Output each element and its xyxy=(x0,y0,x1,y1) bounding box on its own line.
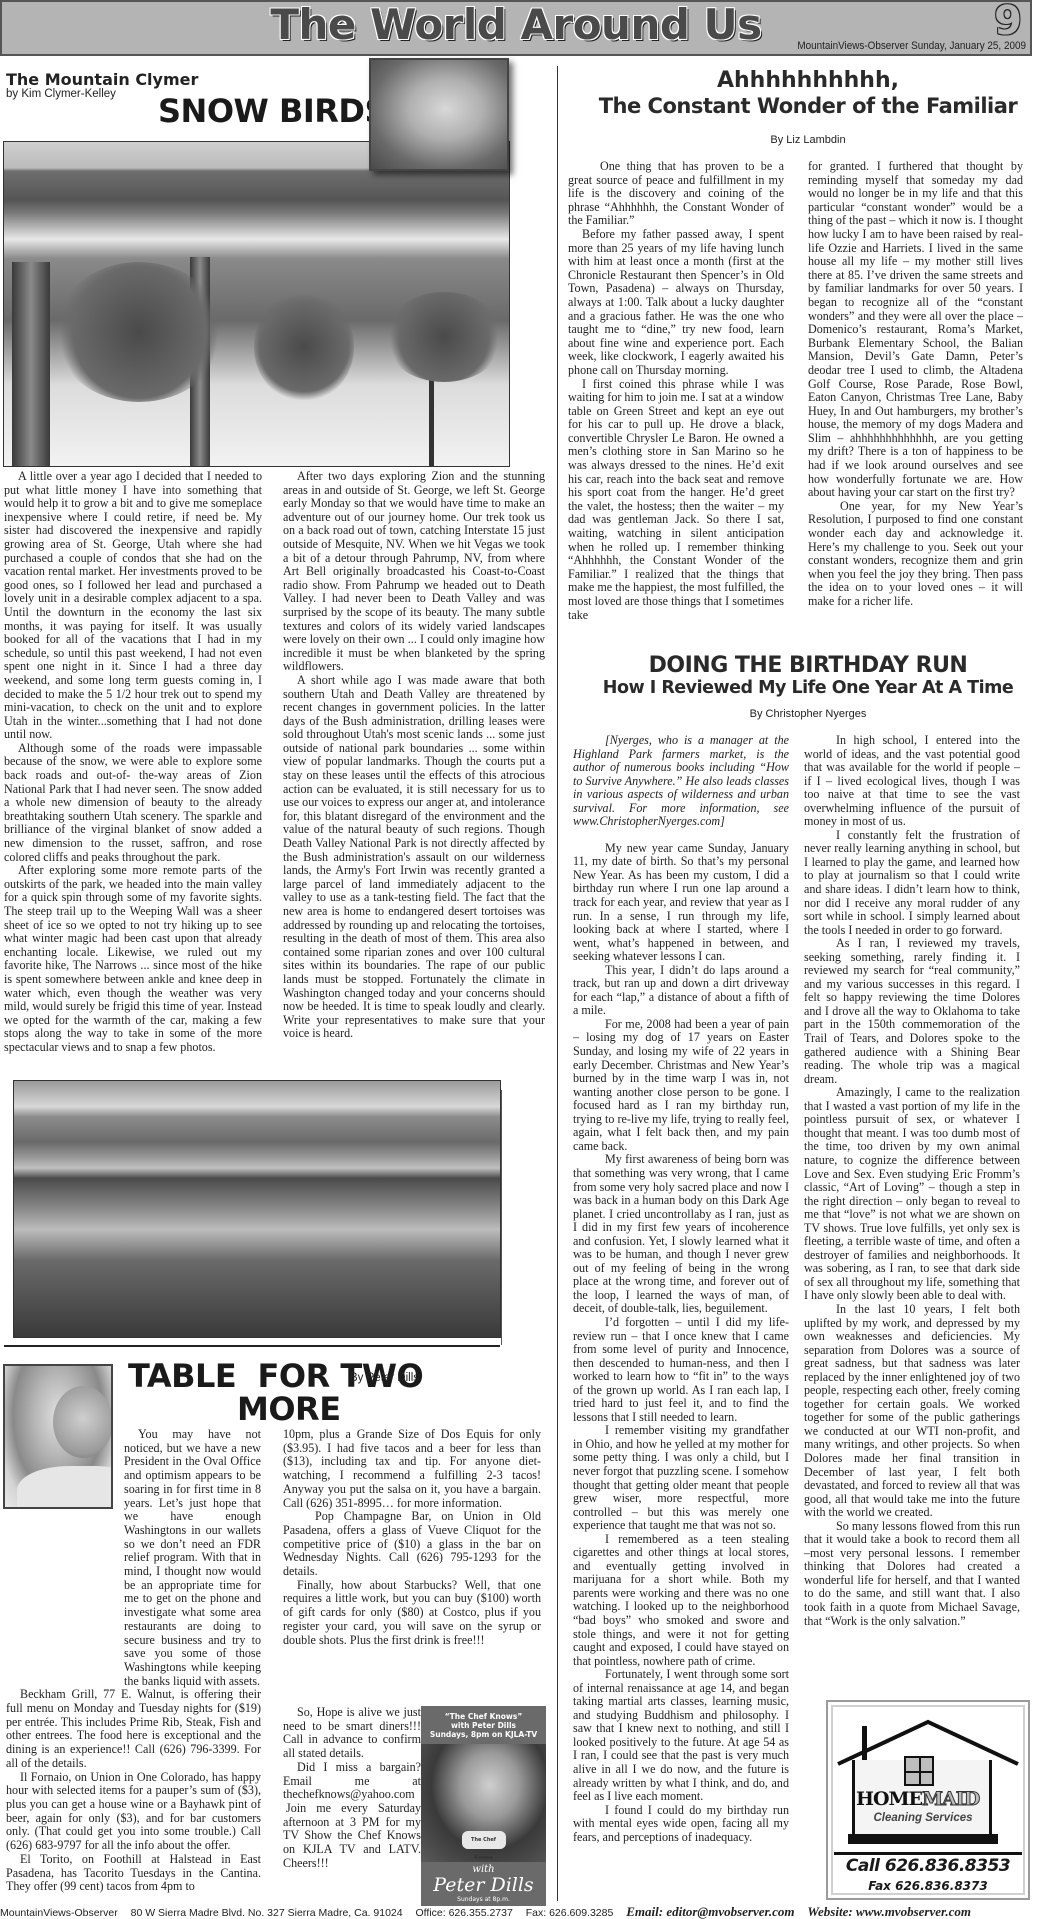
paragraph: Join me every Saturday afternoon at 3 PM… xyxy=(283,1802,421,1871)
article-column-1: One thing that has proven to be a great … xyxy=(568,160,784,622)
paragraph: A short while ago I was made aware that … xyxy=(283,674,545,1041)
paragraph: One year, for my New Year’s Resolution, … xyxy=(808,500,1023,609)
chef-hat-logo-icon: The Chef Knows xyxy=(462,1831,506,1849)
paragraph: Il Fornaio, on Union in One Colorado, ha… xyxy=(6,1771,261,1853)
promo-name: Peter Dills xyxy=(421,1874,546,1896)
paragraph: 10pm, plus a Grande Size of Dos Equis fo… xyxy=(283,1428,541,1510)
paragraph: My first awareness of being born was tha… xyxy=(573,1153,789,1316)
paragraph: A little over a year ago I decided that … xyxy=(4,470,262,742)
ad-phone: Call 626.836.8353 xyxy=(828,1856,1028,1876)
footer-paper: MountainViews-Observer xyxy=(0,1907,118,1919)
paragraph: Did I miss a bargain? Email me at theche… xyxy=(283,1761,421,1802)
author-portrait-photo xyxy=(369,58,509,171)
paragraph: I’d forgotten – until I did my life-revi… xyxy=(573,1316,789,1424)
paragraph: Although some of the roads were impassab… xyxy=(4,742,262,864)
article-column-2: for granted. I furthered that thought by… xyxy=(808,160,1023,609)
section-divider xyxy=(4,1345,500,1347)
death-valley-landscape-photo xyxy=(13,1080,501,1338)
ad-brand: HOMEMAID xyxy=(856,1788,990,1810)
paragraph: After exploring some more remote parts o… xyxy=(4,864,262,1054)
promo-line-2: with Peter Dills xyxy=(421,1721,546,1730)
page-number: 9 xyxy=(994,0,1022,44)
paragraph: for granted. I furthered that thought by… xyxy=(808,160,1023,500)
paragraph: My new year came Sunday, January 11, my … xyxy=(573,842,789,964)
footer-address: 80 W Sierra Madre Blvd. No. 327 Sierra M… xyxy=(131,1907,403,1919)
paragraph: So, Hope is alive we just need to be sma… xyxy=(283,1706,421,1761)
article-column-2: In high school, I entered into the world… xyxy=(804,734,1020,1628)
headline-line-1: Ahhhhhhhhhh, xyxy=(560,68,1056,93)
byline: By Peter Dills xyxy=(350,1372,419,1384)
footer-website: Website: www.mvobserver.com xyxy=(807,1904,971,1919)
subheadline: How I Reviewed My Life One Year At A Tim… xyxy=(560,678,1056,698)
byline: By Liz Lambdin xyxy=(560,134,1056,146)
column-name: The Mountain Clymer xyxy=(6,70,198,89)
brand-maid: MAID xyxy=(922,1788,979,1810)
paragraph: In the last 10 years, I felt both uplift… xyxy=(804,1303,1020,1520)
brand-home: HOME xyxy=(856,1788,922,1810)
editor-note: [Nyerges, who is a manager at the Highla… xyxy=(573,734,789,829)
promo-line-1: “The Chef Knows” xyxy=(421,1712,546,1721)
window-icon xyxy=(904,1756,934,1786)
headline-line-2: The Constant Wonder of the Familiar xyxy=(560,94,1056,118)
footer-email: Email: editor@mvobserver.com xyxy=(626,1904,794,1919)
promo-schedule: Sundays at 8p.m. xyxy=(421,1896,546,1903)
headline: SNOW BIRDS xyxy=(158,92,387,130)
article-column-2-narrow: So, Hope is alive we just need to be sma… xyxy=(283,1706,421,1870)
article-column-1: You may have not noticed, but we have a … xyxy=(6,1428,261,1894)
paragraph: Pop Champagne Bar, on Union in Old Pasad… xyxy=(283,1510,541,1579)
masthead: The World Around Us 9 MountainViews-Obse… xyxy=(0,0,1032,56)
paragraph: In high school, I entered into the world… xyxy=(804,734,1020,829)
paragraph: Before my father passed away, I spent mo… xyxy=(568,228,784,378)
footer-office: Office: 626.355.2737 xyxy=(416,1907,513,1919)
article-column-2: After two days exploring Zion and the st… xyxy=(283,470,545,1041)
ad-service: Cleaning Services xyxy=(856,1812,990,1824)
paragraph: I constantly felt the frustration of nev… xyxy=(804,829,1020,937)
paragraph: You may have not noticed, but we have a … xyxy=(124,1428,261,1688)
house-base-icon xyxy=(848,1834,998,1844)
paragraph: For me, 2008 had been a year of pain – l… xyxy=(573,1018,789,1153)
paragraph: El Torito, on Foothill at Halstead in Ea… xyxy=(6,1853,261,1894)
paragraph: After two days exploring Zion and the st… xyxy=(283,470,545,674)
headline-line-2: MORE xyxy=(237,1390,341,1428)
paragraph: Beckham Grill, 77 E. Walnut, is offering… xyxy=(6,1688,261,1770)
section-divider-right xyxy=(501,1090,502,1345)
byline: By Christopher Nyerges xyxy=(560,708,1056,720)
paragraph: Finally, how about Starbucks? Well, that… xyxy=(283,1579,541,1648)
paragraph: This year, I didn’t do laps around a tra… xyxy=(573,964,789,1018)
paragraph: As I ran, I reviewed my travels, seeking… xyxy=(804,937,1020,1086)
chef-knows-tv-promo: “The Chef Knows” with Peter Dills Sunday… xyxy=(421,1706,546,1906)
dateline: MountainViews-Observer Sunday, January 2… xyxy=(797,40,1026,52)
paragraph: Fortunately, I went through some sort of… xyxy=(573,1668,789,1803)
snowy-fence-landscape-photo xyxy=(3,141,510,467)
paragraph: Amazingly, I came to the realization tha… xyxy=(804,1086,1020,1303)
paragraph: I first coined this phrase while I was w… xyxy=(568,378,784,623)
ad-fax: Fax 626.836.8373 xyxy=(828,1879,1028,1893)
promo-line-3: Sundays, 8pm on KJLA-TV xyxy=(421,1730,546,1739)
byline: by Kim Clymer-Kelley xyxy=(6,88,116,100)
paragraph: I remembered as a teen stealing cigarett… xyxy=(573,1533,789,1668)
article-column-1: [Nyerges, who is a manager at the Highla… xyxy=(573,734,789,1844)
headline: DOING THE BIRTHDAY RUN xyxy=(560,653,1056,678)
paragraph: I found I could do my birthday run with … xyxy=(573,1804,789,1845)
paragraph: So many lessons flowed from this run tha… xyxy=(804,1520,1020,1628)
page-footer: MountainViews-Observer 80 W Sierra Madre… xyxy=(0,1904,1056,1919)
article-column-1: A little over a year ago I decided that … xyxy=(4,470,262,1055)
footer-fax: Fax: 626.609.3285 xyxy=(526,1907,614,1919)
column-divider xyxy=(557,66,558,1901)
ad-divider xyxy=(834,1852,1022,1855)
paragraph: One thing that has proven to be a great … xyxy=(568,160,784,228)
article-column-2: 10pm, plus a Grande Size of Dos Equis fo… xyxy=(283,1428,541,1647)
homemaid-advertisement: HOMEMAID Cleaning Services Call 626.836.… xyxy=(826,1700,1030,1900)
paragraph: I remember visiting my grandfather in Oh… xyxy=(573,1424,789,1532)
